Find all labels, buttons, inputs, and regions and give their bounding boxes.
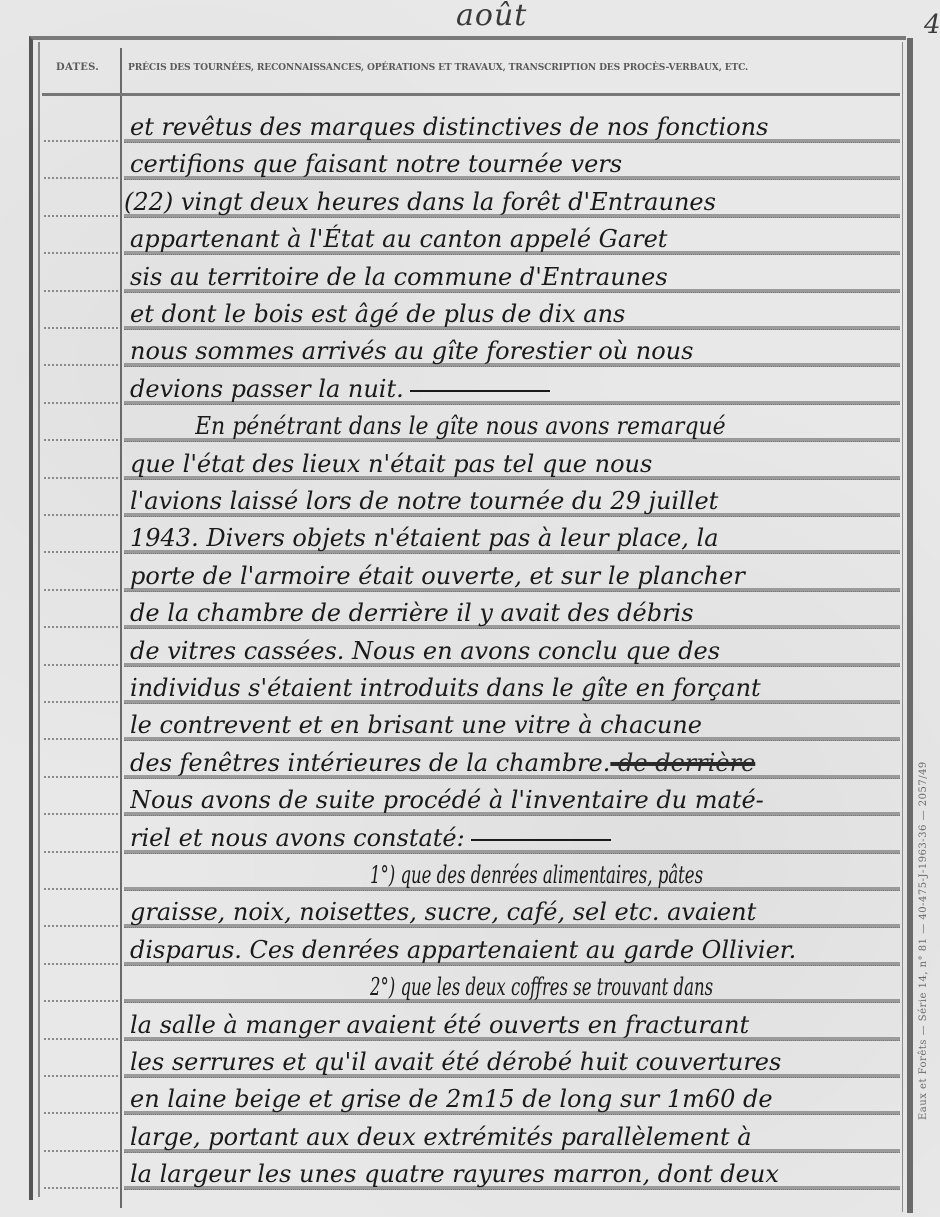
handwritten-line-text: sis au territoire de la commune d'Entrau… bbox=[130, 263, 668, 291]
handwritten-line-text: de vitres cassées. Nous en avons conclu … bbox=[130, 637, 720, 665]
handwritten-line: appartenant à l'État au canton appelé Ga… bbox=[130, 224, 900, 254]
handwritten-line: graisse, noix, noisettes, sucre, café, s… bbox=[130, 897, 900, 927]
handwritten-line-text: que l'état des lieux n'était pas tel que… bbox=[130, 450, 652, 478]
handwritten-line: de vitres cassées. Nous en avons conclu … bbox=[130, 636, 900, 666]
handwritten-line: riel et nous avons constaté: bbox=[130, 823, 900, 853]
handwritten-entry: et revêtus des marques distinctives de n… bbox=[0, 0, 940, 1217]
handwritten-line-text: 1943. Divers objets n'étaient pas à leur… bbox=[130, 524, 719, 552]
handwritten-line-text: en laine beige et grise de 2m15 de long … bbox=[130, 1085, 773, 1113]
struck-through-text: de derrière bbox=[610, 749, 755, 777]
handwritten-line-text: Nous avons de suite procédé à l'inventai… bbox=[130, 786, 764, 814]
handwritten-line-text: les serrures et qu'il avait été dérobé h… bbox=[130, 1048, 781, 1076]
handwritten-line-text: 1°) que des denrées alimentaires, pâtes bbox=[370, 861, 703, 889]
handwritten-line-text: disparus. Ces denrées appartenaient au g… bbox=[130, 936, 796, 964]
handwritten-line: des fenêtres intérieures de la chambre. … bbox=[130, 748, 900, 778]
handwritten-line: 1°) que des denrées alimentaires, pâtes bbox=[370, 860, 900, 890]
handwritten-line-text: le contrevent et en brisant une vitre à … bbox=[130, 711, 702, 739]
handwritten-line: devions passer la nuit. bbox=[130, 374, 900, 404]
handwritten-line-text: la salle à manger avaient été ouverts en… bbox=[130, 1011, 749, 1039]
handwritten-line: les serrures et qu'il avait été dérobé h… bbox=[130, 1047, 900, 1077]
handwritten-line: 1943. Divers objets n'étaient pas à leur… bbox=[130, 523, 900, 553]
handwritten-line-text: l'avions laissé lors de notre tournée du… bbox=[130, 487, 718, 515]
handwritten-line-text: large, portant aux deux extrémités paral… bbox=[130, 1123, 752, 1151]
handwritten-line-text: nous sommes arrivés au gîte forestier où… bbox=[130, 337, 693, 365]
handwritten-line-text: et revêtus des marques distinctives de n… bbox=[130, 113, 768, 141]
handwritten-line-text: certifions que faisant notre tournée ver… bbox=[130, 150, 622, 178]
handwritten-line: certifions que faisant notre tournée ver… bbox=[130, 149, 900, 179]
handwritten-line-text: riel et nous avons constaté: bbox=[130, 824, 465, 852]
handwritten-line-text: des fenêtres intérieures de la chambre. bbox=[130, 749, 610, 777]
handwritten-line-text: graisse, noix, noisettes, sucre, café, s… bbox=[130, 898, 756, 926]
handwritten-line: la salle à manger avaient été ouverts en… bbox=[130, 1010, 900, 1040]
handwritten-line: porte de l'armoire était ouverte, et sur… bbox=[130, 561, 900, 591]
handwritten-line: Nous avons de suite procédé à l'inventai… bbox=[130, 785, 900, 815]
handwritten-line: que l'état des lieux n'était pas tel que… bbox=[130, 449, 900, 479]
handwritten-line: de la chambre de derrière il y avait des… bbox=[130, 598, 900, 628]
handwritten-line: nous sommes arrivés au gîte forestier où… bbox=[130, 336, 900, 366]
handwritten-line: l'avions laissé lors de notre tournée du… bbox=[130, 486, 900, 516]
handwritten-line: individus s'étaient introduits dans le g… bbox=[130, 673, 900, 703]
handwritten-line: En pénétrant dans le gîte nous avons rem… bbox=[195, 411, 900, 441]
handwritten-line-text: la largeur les unes quatre rayures marro… bbox=[130, 1160, 779, 1188]
handwritten-line-text: porte de l'armoire était ouverte, et sur… bbox=[130, 562, 745, 590]
line-filler-dash bbox=[471, 839, 611, 841]
handwritten-line-text: appartenant à l'État au canton appelé Ga… bbox=[130, 225, 667, 253]
handwritten-line-text: de la chambre de derrière il y avait des… bbox=[130, 599, 694, 627]
handwritten-line: en laine beige et grise de 2m15 de long … bbox=[130, 1084, 900, 1114]
handwritten-line: sis au territoire de la commune d'Entrau… bbox=[130, 262, 900, 292]
handwritten-line: la largeur les unes quatre rayures marro… bbox=[130, 1159, 900, 1189]
handwritten-line: et dont le bois est âgé de plus de dix a… bbox=[130, 299, 900, 329]
handwritten-line-text: En pénétrant dans le gîte nous avons rem… bbox=[195, 412, 726, 440]
line-filler-dash bbox=[410, 390, 550, 392]
handwritten-line-text: (22) vingt deux heures dans la forêt d'E… bbox=[124, 188, 716, 216]
handwritten-line-text: 2°) que les deux coffres se trouvant dan… bbox=[370, 973, 713, 1001]
handwritten-line-text: et dont le bois est âgé de plus de dix a… bbox=[130, 300, 625, 328]
handwritten-line-text: individus s'étaient introduits dans le g… bbox=[130, 674, 761, 702]
handwritten-line: le contrevent et en brisant une vitre à … bbox=[130, 710, 900, 740]
handwritten-line: 2°) que les deux coffres se trouvant dan… bbox=[370, 972, 900, 1002]
handwritten-line: et revêtus des marques distinctives de n… bbox=[130, 112, 900, 142]
margin-printer-stamp: Eaux et Forêts — Série 14, n° 81 — 40-47… bbox=[918, 761, 929, 1120]
handwritten-line-text: devions passer la nuit. bbox=[130, 375, 404, 403]
handwritten-line: large, portant aux deux extrémités paral… bbox=[130, 1122, 900, 1152]
handwritten-line: (22) vingt deux heures dans la forêt d'E… bbox=[124, 187, 894, 217]
handwritten-line: disparus. Ces denrées appartenaient au g… bbox=[130, 935, 900, 965]
